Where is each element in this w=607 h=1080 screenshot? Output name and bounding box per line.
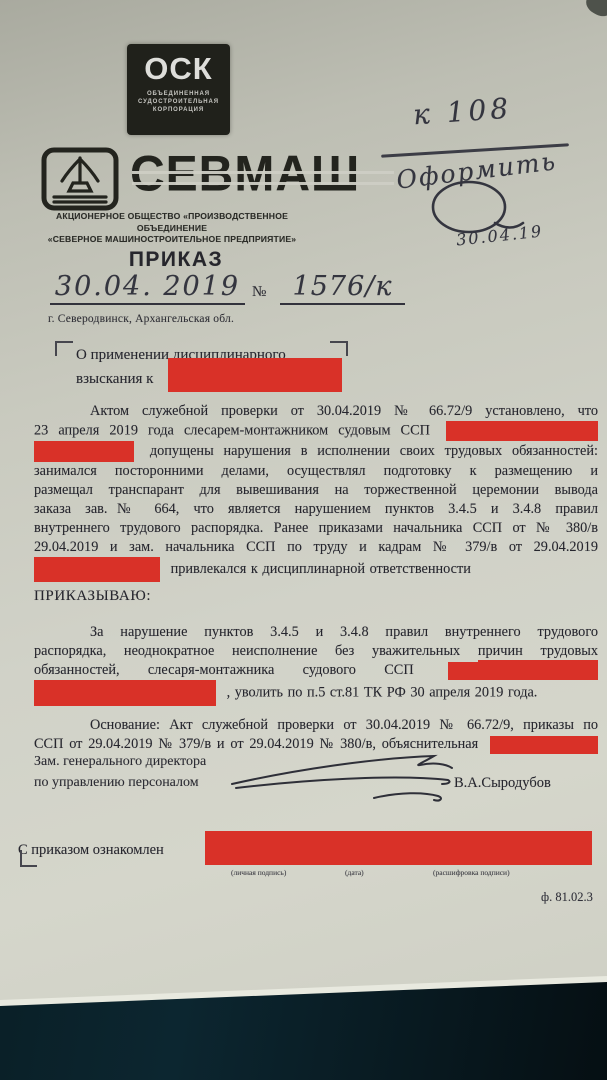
text-line: , уволить по п.5 ст.81 ТК РФ 30 апреля 2… xyxy=(34,680,598,706)
signatory-name: В.А.Сыродубов xyxy=(454,775,551,792)
number-sign: № xyxy=(252,284,266,301)
subject-corner-mark-left xyxy=(55,341,73,356)
text-line: Актом служебной проверки от 30.04.2019 №… xyxy=(34,402,598,421)
acknowledgement-captions: (личная подпись) (дата) (расшифровка под… xyxy=(205,868,595,880)
issue-place: г. Северодвинск, Архангельская обл. xyxy=(48,313,234,325)
text-segment: 23 апреля 2019 года слесарем-монтажником… xyxy=(34,422,430,438)
red-underlined-text: причин трудовых xyxy=(478,643,598,663)
redaction-box xyxy=(34,557,160,582)
document-photo: ОСК ОБЪЕДИНЕННАЯ СУДОСТРОИТЕЛЬНАЯ КОРПОР… xyxy=(0,0,607,1080)
redaction-box xyxy=(448,662,598,680)
text-segment: допущены нарушения в исполнении своих тр… xyxy=(150,443,598,459)
osk-subtitle-line: ОБЪЕДИНЕННАЯ xyxy=(127,90,230,98)
osk-logo-subtitle: ОБЪЕДИНЕННАЯ СУДОСТРОИТЕЛЬНАЯ КОРПОРАЦИЯ xyxy=(127,90,230,114)
sevmash-logo-text: СЕВМАШ xyxy=(130,141,408,210)
text-line: распорядка, неоднократное неисполнение б… xyxy=(34,642,598,661)
text-line: привлекался к дисциплинарной ответственн… xyxy=(34,557,598,582)
text-segment: занимался посторонними делами, осуществл… xyxy=(34,463,598,479)
redaction-box xyxy=(34,441,134,462)
company-name: АКЦИОНЕРНОЕ ОБЩЕСТВО «ПРОИЗВОДСТВЕННОЕ О… xyxy=(26,211,318,246)
text-segment: обязанностей, слесаря-монтажника судовог… xyxy=(34,662,414,678)
text-line: внутреннего трудового распорядка. Ранее … xyxy=(34,519,598,538)
handwritten-case-number: к 108 xyxy=(412,92,513,132)
caption-personal-signature: (личная подпись) xyxy=(231,868,286,877)
osk-logo-text: ОСК xyxy=(127,51,230,87)
text-segment: Основание: Акт служебной проверки от 30.… xyxy=(90,717,598,733)
redaction-box xyxy=(446,421,598,441)
handwritten-date: 30.04. 2019 xyxy=(50,271,245,305)
text-segment: привлекался к дисциплинарной ответственн… xyxy=(171,561,471,577)
redaction-box xyxy=(168,358,342,392)
redaction-box xyxy=(34,680,216,706)
sevmash-wordmark: СЕВМАШ xyxy=(130,142,408,208)
text-line: 23 апреля 2019 года слесарем-монтажником… xyxy=(34,421,598,441)
text-line: занимался посторонними делами, осуществл… xyxy=(34,462,598,481)
order-body: Актом служебной проверки от 30.04.2019 №… xyxy=(0,402,607,754)
document-title: ПРИКАЗ xyxy=(0,248,352,272)
caption-date: (дата) xyxy=(345,868,364,877)
text-line: размещал транспарант для вывешивания на … xyxy=(34,481,598,500)
company-name-line1: АКЦИОНЕРНОЕ ОБЩЕСТВО «ПРОИЗВОДСТВЕННОЕ О… xyxy=(26,211,318,234)
handwritten-order-number: 1576/к xyxy=(280,271,405,305)
redaction-box xyxy=(205,831,592,865)
text-segment: Актом служебной проверки от 30.04.2019 №… xyxy=(90,403,598,419)
text-segment: , уволить по п.5 ст.81 ТК РФ 30 апреля 2… xyxy=(227,684,538,700)
text-segment: внутреннего трудового распорядка. Ранее … xyxy=(34,520,598,536)
text-segment: размещал транспарант для вывешивания на … xyxy=(34,482,598,498)
acknowledgement-label: С приказом ознакомлен xyxy=(18,842,164,859)
text-line: Основание: Акт служебной проверки от 30.… xyxy=(34,716,598,735)
text-segment: распорядка, неоднократное неисполнение б… xyxy=(34,643,460,659)
osk-subtitle-line: КОРПОРАЦИЯ xyxy=(127,106,230,114)
caption-name-transcript: (расшифровка подписи) xyxy=(433,868,510,877)
company-name-line2: «СЕВЕРНОЕ МАШИНОСТРОИТЕЛЬНОЕ ПРЕДПРИЯТИЕ… xyxy=(26,234,318,246)
paragraph-findings: Актом служебной проверки от 30.04.2019 №… xyxy=(34,402,598,582)
sevmash-emblem-icon xyxy=(40,146,120,217)
text-segment: заказа зав.№ 664, что является нарушение… xyxy=(34,501,598,517)
director-signature-icon xyxy=(224,746,464,818)
text-segment: За нарушение пунктов 3.4.5 и 3.4.8 прави… xyxy=(90,624,598,640)
paragraph-decision: За нарушение пунктов 3.4.5 и 3.4.8 прави… xyxy=(34,623,598,706)
osk-corporation-logo: ОСК ОБЪЕДИНЕННАЯ СУДОСТРОИТЕЛЬНАЯ КОРПОР… xyxy=(127,44,230,135)
logo-stencil-slit xyxy=(132,171,394,174)
text-line: За нарушение пунктов 3.4.5 и 3.4.8 прави… xyxy=(34,623,598,642)
photo-smudge xyxy=(582,0,607,20)
text-line: 29.04.2019 и зам. начальника ССП по труд… xyxy=(34,538,598,557)
order-keyword: ПРИКАЗЫВАЮ: xyxy=(34,587,598,606)
bottom-corner-mark xyxy=(20,850,37,867)
text-segment: 29.04.2019 и зам. начальника ССП по труд… xyxy=(34,539,598,555)
text-line: обязанностей, слесаря-монтажника судовог… xyxy=(34,661,598,680)
form-code: ф. 81.02.3 xyxy=(541,890,593,905)
logo-stencil-slit xyxy=(132,182,394,185)
text-line: заказа зав.№ 664, что является нарушение… xyxy=(34,500,598,519)
signature-block: Зам. генерального директора по управлени… xyxy=(34,752,597,832)
text-line: допущены нарушения в исполнении своих тр… xyxy=(34,441,598,462)
osk-subtitle-line: СУДОСТРОИТЕЛЬНАЯ xyxy=(127,98,230,106)
